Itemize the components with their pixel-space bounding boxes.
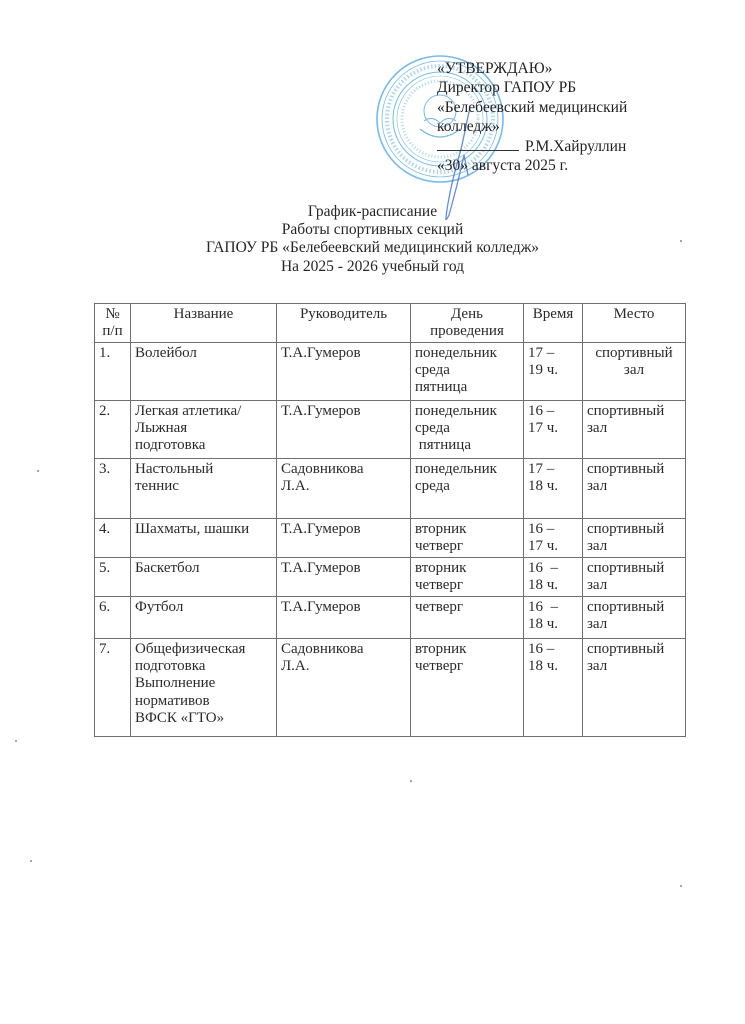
approval-line: «Белебеевский медицинский — [437, 98, 627, 117]
table-row: 5.БаскетболТ.А.Гумероввторникчетверг16 –… — [95, 558, 686, 597]
table-row: 4.Шахматы, шашкиТ.А.Гумероввторникчетвер… — [95, 519, 686, 558]
scan-speck — [680, 240, 682, 242]
approval-line: «УТВЕРЖДАЮ» — [437, 59, 627, 78]
cell-section-name: Шахматы, шашки — [131, 519, 277, 558]
cell-leader: Т.А.Гумеров — [277, 519, 411, 558]
cell-section-name: Волейбол — [131, 343, 277, 401]
scan-speck — [680, 885, 682, 887]
cell-number: 6. — [95, 597, 131, 639]
cell-section-name: Футбол — [131, 597, 277, 639]
cell-days: понедельниксреда — [411, 459, 524, 519]
header-name: Название — [131, 304, 277, 343]
cell-section-name: Настольныйтеннис — [131, 459, 277, 519]
cell-place: спортивныйзал — [583, 639, 686, 737]
title-line: На 2025 - 2026 учебный год — [0, 258, 745, 276]
cell-days: четверг — [411, 597, 524, 639]
cell-time: 16 –17 ч. — [524, 401, 583, 459]
schedule-table: №п/пНазваниеРуководительДеньпроведенияВр… — [94, 303, 686, 737]
signature-line — [437, 137, 519, 151]
title-line: График-расписание — [0, 203, 745, 221]
cell-time: 16 –18 ч. — [524, 558, 583, 597]
table-header-row: №п/пНазваниеРуководительДеньпроведенияВр… — [95, 304, 686, 343]
cell-number: 4. — [95, 519, 131, 558]
document-title: График-расписание Работы спортивных секц… — [0, 203, 745, 276]
cell-time: 16 –18 ч. — [524, 597, 583, 639]
header-time: Время — [524, 304, 583, 343]
header-number: №п/п — [95, 304, 131, 343]
cell-place: спортивныйзал — [583, 519, 686, 558]
cell-number: 7. — [95, 639, 131, 737]
cell-section-name: Легкая атлетика/Лыжнаяподготовка — [131, 401, 277, 459]
cell-days: вторникчетверг — [411, 519, 524, 558]
cell-place: спортивныйзал — [583, 459, 686, 519]
approval-date: «30» августа 2025 г. — [437, 156, 627, 175]
cell-leader: Т.А.Гумеров — [277, 597, 411, 639]
cell-section-name: ОбщефизическаяподготовкаВыполнениенормат… — [131, 639, 277, 737]
approval-block: «УТВЕРЖДАЮ» Директор ГАПОУ РБ «Белебеевс… — [437, 59, 627, 175]
table-row: 2.Легкая атлетика/ЛыжнаяподготовкаТ.А.Гу… — [95, 401, 686, 459]
cell-time: 17 –18 ч. — [524, 459, 583, 519]
signatory-name: Р.М.Хайруллин — [525, 138, 626, 155]
approval-line: колледж» — [437, 117, 627, 136]
cell-time: 16 –18 ч. — [524, 639, 583, 737]
cell-section-name: Баскетбол — [131, 558, 277, 597]
scan-speck — [410, 780, 412, 782]
approval-line: Директор ГАПОУ РБ — [437, 78, 627, 97]
header-place: Место — [583, 304, 686, 343]
title-line: ГАПОУ РБ «Белебеевский медицинский колле… — [0, 239, 745, 257]
cell-time: 16 –17 ч. — [524, 519, 583, 558]
cell-days: вторникчетверг — [411, 558, 524, 597]
title-line: Работы спортивных секций — [0, 221, 745, 239]
table-row: 3.НастольныйтеннисСадовниковаЛ.А.понедел… — [95, 459, 686, 519]
cell-leader: Т.А.Гумеров — [277, 401, 411, 459]
cell-place: спортивныйзал — [583, 343, 686, 401]
cell-days: понедельниксреда пятница — [411, 401, 524, 459]
cell-number: 5. — [95, 558, 131, 597]
table-row: 1.ВолейболТ.А.Гумеровпонедельниксредапят… — [95, 343, 686, 401]
cell-days: понедельниксредапятница — [411, 343, 524, 401]
cell-leader: Т.А.Гумеров — [277, 558, 411, 597]
cell-place: спортивныйзал — [583, 597, 686, 639]
cell-number: 1. — [95, 343, 131, 401]
cell-place: спортивныйзал — [583, 401, 686, 459]
scan-speck — [15, 740, 17, 742]
cell-days: вторникчетверг — [411, 639, 524, 737]
scan-speck — [30, 860, 32, 862]
signature-row: Р.М.Хайруллин — [437, 137, 627, 156]
cell-number: 2. — [95, 401, 131, 459]
table-row: 7.ОбщефизическаяподготовкаВыполнениенорм… — [95, 639, 686, 737]
table-row: 6.ФутболТ.А.Гумеровчетверг16 –18 ч.спорт… — [95, 597, 686, 639]
scan-speck — [37, 470, 39, 472]
cell-time: 17 –19 ч. — [524, 343, 583, 401]
cell-leader: Т.А.Гумеров — [277, 343, 411, 401]
header-leader: Руководитель — [277, 304, 411, 343]
cell-leader: СадовниковаЛ.А. — [277, 639, 411, 737]
header-days: Деньпроведения — [411, 304, 524, 343]
cell-number: 3. — [95, 459, 131, 519]
cell-place: спортивныйзал — [583, 558, 686, 597]
cell-leader: СадовниковаЛ.А. — [277, 459, 411, 519]
